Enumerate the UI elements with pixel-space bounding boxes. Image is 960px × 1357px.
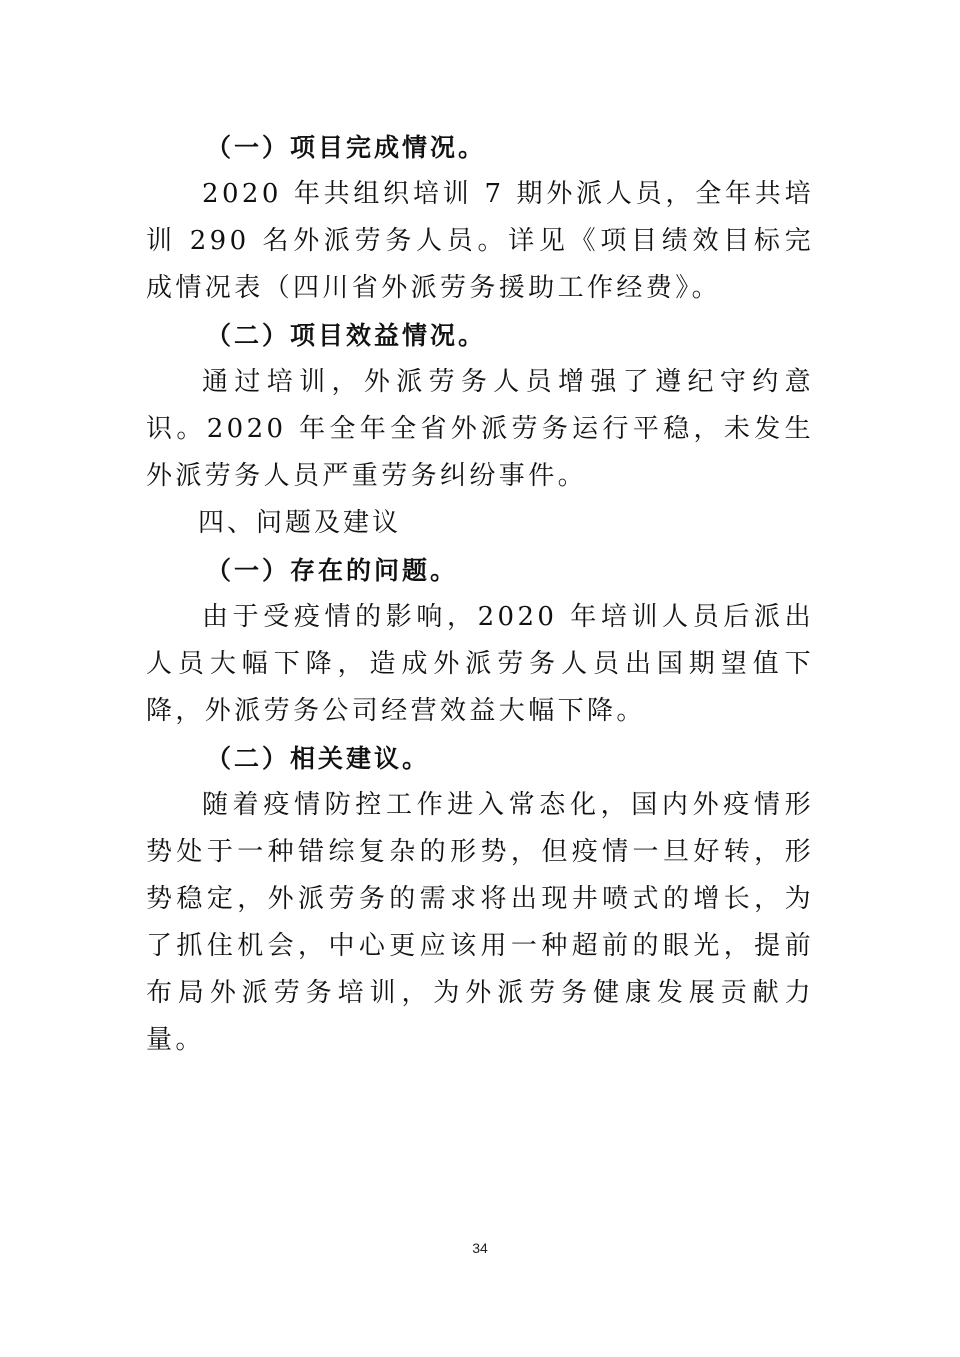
paragraph-project-benefits: 通过培训，外派劳务人员增强了遵纪守约意识。2020 年全年全省外派劳务运行平稳，… xyxy=(146,359,814,500)
paragraph-project-completion: 2020 年共组织培训 7 期外派人员，全年共培训 290 名外派劳务人员。详见… xyxy=(146,171,814,312)
subheading-existing-problems: （一）存在的问题。 xyxy=(146,547,814,594)
subheading-project-benefits: （二）项目效益情况。 xyxy=(146,312,814,359)
paragraph-related-suggestions: 随着疫情防控工作进入常态化，国内外疫情形势处于一种错综复杂的形势，但疫情一旦好转… xyxy=(146,782,814,1064)
page-number: 34 xyxy=(0,1240,960,1256)
section-heading-problems-suggestions: 四、问题及建议 xyxy=(146,500,814,547)
subheading-related-suggestions: （二）相关建议。 xyxy=(146,735,814,782)
subheading-project-completion: （一）项目完成情况。 xyxy=(146,124,814,171)
document-page: （一）项目完成情况。 2020 年共组织培训 7 期外派人员，全年共培训 290… xyxy=(146,124,814,1064)
paragraph-existing-problems: 由于受疫情的影响，2020 年培训人员后派出人员大幅下降，造成外派劳务人员出国期… xyxy=(146,594,814,735)
